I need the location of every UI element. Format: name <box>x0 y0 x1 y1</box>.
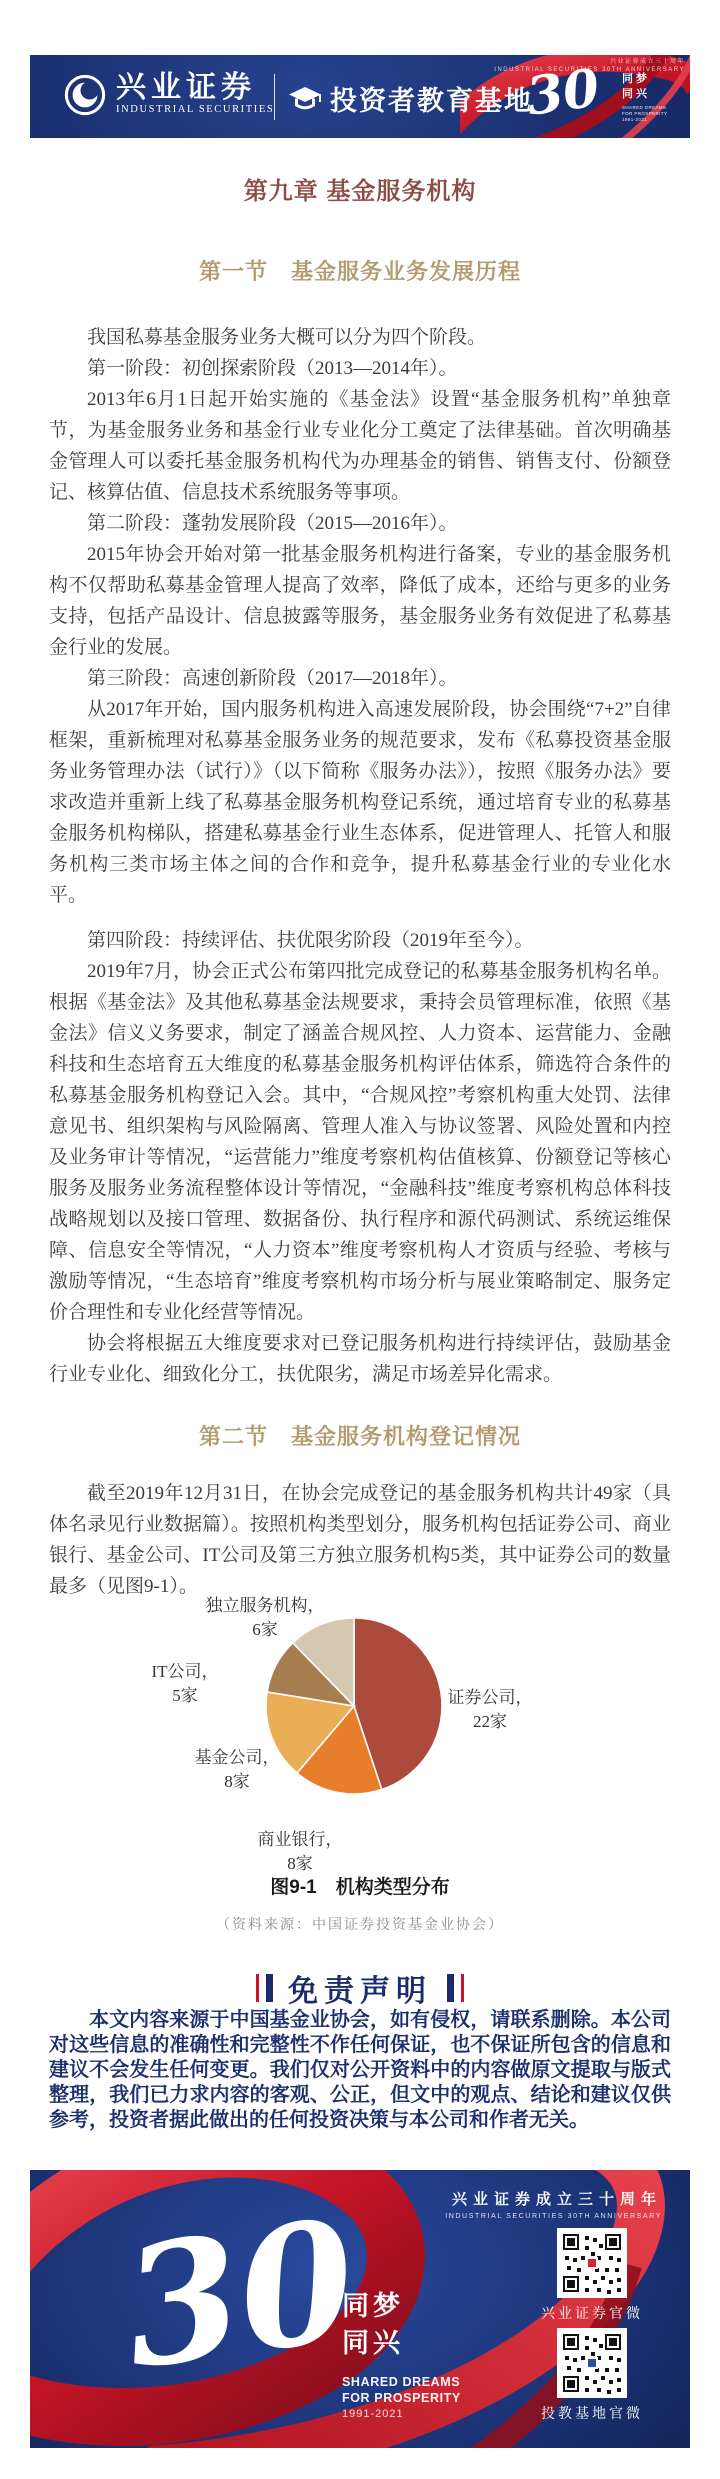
qr-module <box>567 2266 571 2270</box>
label-name: 基金公司， <box>187 1746 287 1770</box>
qr-module <box>617 2258 621 2262</box>
qr-module <box>609 2356 613 2360</box>
header-divider <box>274 74 275 120</box>
section1-body: 我国私募基金服务业务大概可以分为四个阶段。 第一阶段：初创探索阶段（2013—2… <box>49 322 671 1390</box>
qr-module <box>567 2366 571 2370</box>
qr-module <box>581 2356 585 2360</box>
page: 兴业证券 INDUSTRIAL SECURITIES 投资者教育基地 30 同梦… <box>0 0 720 2479</box>
chart-source: （资料来源：中国证券投资基金业协会） <box>0 1914 720 1934</box>
qr-module <box>609 2256 613 2260</box>
footer-tagline: SHARED DREAMS FOR PROSPERITY 1991-2021 <box>342 2374 461 2422</box>
paragraph: 2013年6月1日起开始实施的《基金法》设置“基金服务机构”单独章节，为基金服务… <box>49 384 671 508</box>
label-value: 8家 <box>187 1770 287 1794</box>
qr-code-official-weixin <box>557 2228 627 2298</box>
footer-anniversary-title: 兴业证券成立三十周年 INDUSTRIAL SECURITIES 30TH AN… <box>445 2188 662 2220</box>
anniversary-slogan: 同梦 同兴 <box>622 72 650 102</box>
label-name: 证券公司， <box>430 1686 550 1710</box>
tagline-years: 1991-2021 <box>342 2406 461 2422</box>
qr-module <box>617 2378 621 2382</box>
anniversary-30-logo-large: 30 <box>115 2197 365 2392</box>
qr-module <box>601 2276 605 2280</box>
qr-module <box>593 2380 597 2384</box>
qr-module <box>601 2376 605 2380</box>
section1-heading: 第一节 基金服务业务发展历程 <box>0 255 720 286</box>
title-bar-red-right <box>461 1974 464 2002</box>
slogan-line1: 同梦 <box>342 2288 404 2325</box>
qr-module <box>605 2268 609 2272</box>
qr-module <box>607 2390 611 2394</box>
pie-label-securities: 证券公司， 22家 <box>430 1686 550 1734</box>
qr-module <box>593 2238 597 2242</box>
pie-label-independent: 独立服务机构， 6家 <box>192 1594 338 1642</box>
qr-module <box>599 2344 603 2348</box>
paragraph: 第二阶段：蓬勃发展阶段（2015—2016年）。 <box>49 508 671 539</box>
qr-module <box>585 2246 589 2250</box>
qr-module <box>599 2244 603 2248</box>
qr-module <box>617 2388 621 2392</box>
section2-body: 截至2019年12月31日，在协会完成登记的基金服务机构共计49家（具体名录见行… <box>49 1478 671 1602</box>
anniversary-title-cn: 兴业证券成立三十周年 <box>445 2188 662 2209</box>
label-value: 6家 <box>192 1618 338 1642</box>
title-bar-blue-left <box>266 1974 273 2002</box>
investor-education-base-label: 投资者教育基地 <box>330 79 533 118</box>
qr-module <box>565 2356 569 2360</box>
qr-module <box>567 2280 575 2288</box>
pie-label-it: IT公司， 5家 <box>135 1660 235 1708</box>
qr-module <box>617 2358 621 2362</box>
title-bar-red-left <box>256 1974 259 2002</box>
qr-module <box>609 2380 613 2384</box>
qr-module <box>588 2259 596 2267</box>
qr-module <box>615 2368 619 2372</box>
qr-module <box>609 2338 617 2346</box>
slogan-line1: 同梦 <box>622 72 650 87</box>
qr-module <box>585 2336 589 2340</box>
tagline-years: 1991-2021 <box>622 117 667 123</box>
qr-module <box>567 2238 575 2246</box>
pie-label-bank: 商业银行， 8家 <box>250 1828 350 1876</box>
qr-module <box>597 2288 601 2292</box>
anniversary-tagline: SHARED DREAMS FOR PROSPERITY 1991-2021 <box>622 105 667 123</box>
graduation-cap-icon <box>288 86 322 112</box>
qr-module <box>585 2376 589 2380</box>
qr-module <box>581 2256 585 2260</box>
qr-module <box>609 2238 617 2246</box>
industrial-securities-logo-icon <box>64 74 106 116</box>
paragraph: 第四阶段：持续评估、扶优限劣阶段（2019年至今）。 <box>49 925 671 956</box>
slogan-line2: 同兴 <box>342 2325 404 2362</box>
chapter-title: 第九章 基金服务机构 <box>0 171 720 206</box>
qr-module <box>617 2278 621 2282</box>
qr-module <box>577 2368 581 2372</box>
brand-name: 兴业证券 <box>116 72 274 104</box>
tagline-line1: SHARED DREAMS <box>342 2374 461 2390</box>
qr-module <box>591 2352 595 2356</box>
footer-slogan: 同梦 同兴 <box>342 2288 404 2362</box>
paragraph: 第一阶段：初创探索阶段（2013—2014年）。 <box>49 353 671 384</box>
qr-module <box>585 2288 589 2292</box>
qr-module <box>607 2290 611 2294</box>
paragraph: 2019年7月，协会正式公布第四批完成登记的私募基金服务机构名单。根据《基金法》… <box>49 956 671 1328</box>
anniversary-title-cn: 兴业证券成立三十周年 <box>494 58 685 66</box>
qr-module <box>609 2280 613 2284</box>
paragraph: 从2017年开始，国内服务机构进入高速发展阶段，协会围绕“7+2”自律框架，重新… <box>49 694 671 911</box>
qr1-label: 兴业证券官微 <box>527 2303 657 2323</box>
title-bar-blue-right <box>447 1974 454 2002</box>
paragraph: 2015年协会开始对第一批基金服务机构进行备案，专业的基金服务机构不仅帮助私募基… <box>49 539 671 663</box>
qr-module <box>597 2388 601 2392</box>
qr-module <box>591 2252 595 2256</box>
qr-module <box>593 2338 597 2342</box>
qr-module <box>567 2338 575 2346</box>
paragraph: 第三阶段：高速创新阶段（2017—2018年）。 <box>49 663 671 694</box>
label-value: 5家 <box>135 1684 235 1708</box>
qr-module <box>588 2359 596 2367</box>
qr-module <box>577 2268 581 2272</box>
brand-name-en: INDUSTRIAL SECURITIES <box>116 104 274 116</box>
qr-module <box>565 2256 569 2260</box>
anniversary-title-small: 兴业证券成立三十周年 INDUSTRIAL SECURITIES 30TH AN… <box>494 58 685 74</box>
qr-module <box>617 2288 621 2292</box>
qr-module <box>605 2368 609 2372</box>
header-banner: 兴业证券 INDUSTRIAL SECURITIES 投资者教育基地 30 同梦… <box>30 55 690 138</box>
qr-code-education-base <box>557 2328 627 2398</box>
label-value: 22家 <box>430 1710 550 1734</box>
paragraph: 协会将根据五大维度要求对已登记服务机构进行持续评估，鼓励基金行业专业化、细致化分… <box>49 1328 671 1390</box>
paragraph: 截至2019年12月31日，在协会完成登记的基金服务机构共计49家（具体名录见行… <box>49 1478 671 1602</box>
chart-caption: 图9-1 机构类型分布 <box>0 1872 720 1899</box>
footer-banner: 30 同梦 同兴 SHARED DREAMS FOR PROSPERITY 19… <box>30 2170 690 2448</box>
qr-module <box>593 2280 597 2284</box>
paragraph: 我国私募基金服务业务大概可以分为四个阶段。 <box>49 322 671 353</box>
label-name: 商业银行， <box>250 1828 350 1852</box>
label-name: 独立服务机构， <box>192 1594 338 1618</box>
disclaimer-body: 本文内容来源于中国基金业协会，如有侵权，请联系删除。本公司对这些信息的准确性和完… <box>49 2008 671 2133</box>
pie-label-fund: 基金公司， 8家 <box>187 1746 287 1794</box>
qr-module <box>585 2276 589 2280</box>
tagline-line2: FOR PROSPERITY <box>342 2390 461 2406</box>
qr-module <box>615 2268 619 2272</box>
disclaimer-title-row: 免责声明 <box>0 1966 720 2010</box>
qr-module <box>573 2258 577 2262</box>
qr-module <box>585 2388 589 2392</box>
qr-module <box>573 2358 577 2362</box>
slogan-line2: 同兴 <box>622 87 650 102</box>
qr2-label: 投教基地官微 <box>527 2403 657 2423</box>
qr-module <box>585 2236 589 2240</box>
section2-heading: 第二节 基金服务机构登记情况 <box>0 1420 720 1451</box>
anniversary-title-en: INDUSTRIAL SECURITIES 30TH ANNIVERSARY <box>445 2213 662 2220</box>
qr-module <box>585 2346 589 2350</box>
anniversary-title-en: INDUSTRIAL SECURITIES 30TH ANNIVERSARY <box>494 66 685 74</box>
label-name: IT公司， <box>135 1660 235 1684</box>
qr-module <box>567 2380 575 2388</box>
disclaimer-title: 免责声明 <box>288 1966 432 2010</box>
